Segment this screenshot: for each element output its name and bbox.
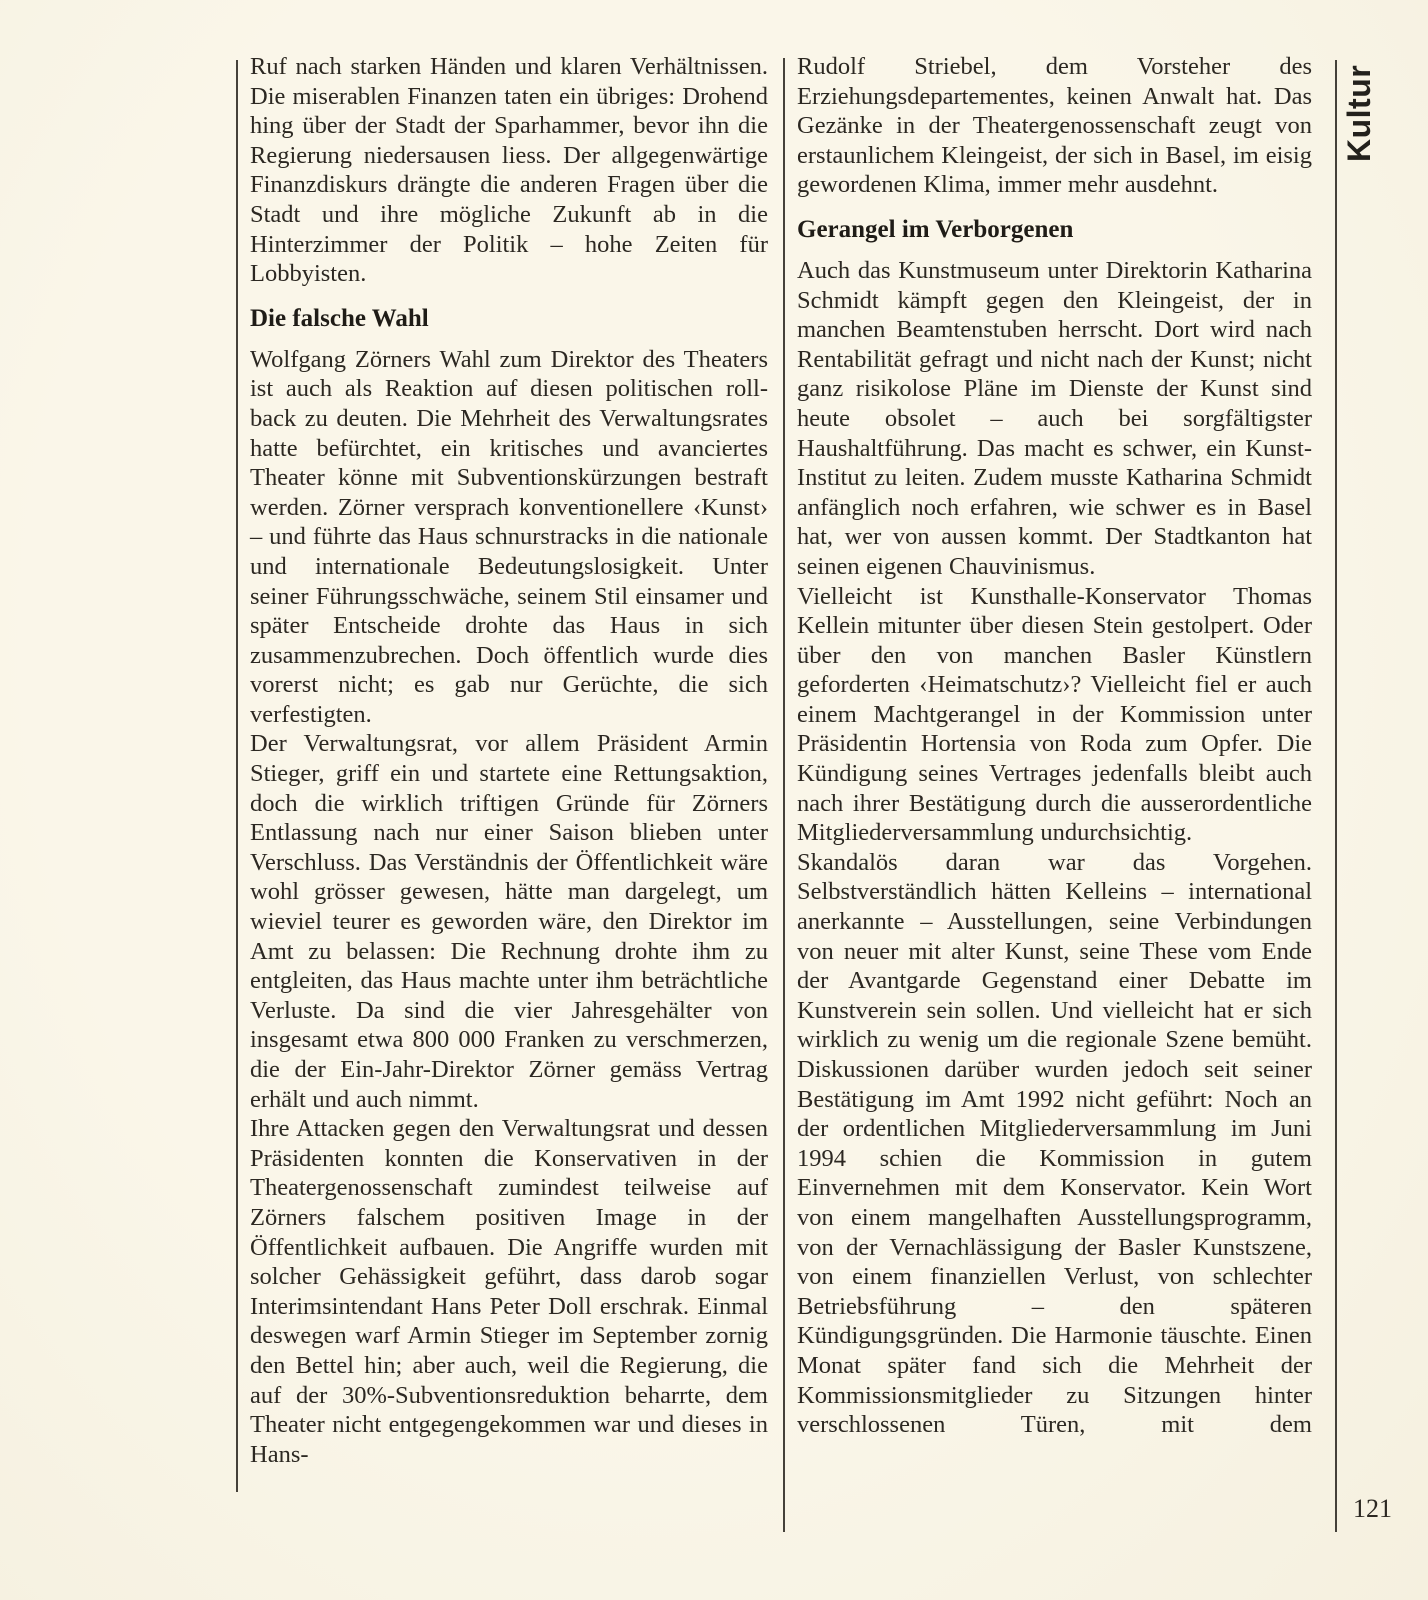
paragraph: Der Verwaltungsrat, vor allem Präsident … xyxy=(250,729,768,1114)
page-number: 121 xyxy=(1353,1494,1392,1524)
paragraph: Vielleicht ist Kunsthalle-Konservator Th… xyxy=(797,582,1312,848)
section-margin-label: Kultur xyxy=(1341,65,1378,162)
section-heading: Die falsche Wahl xyxy=(250,304,768,334)
text-column-right: Rudolf Striebel, dem Vorsteher des Erzie… xyxy=(797,52,1312,1440)
paragraph: Wolfgang Zörners Wahl zum Direktor des T… xyxy=(250,345,768,730)
column-rule-middle xyxy=(783,58,785,1532)
paragraph: Rudolf Striebel, dem Vorsteher des Erzie… xyxy=(797,52,1312,200)
paragraph: Ruf nach starken Händen und klaren Verhä… xyxy=(250,52,768,289)
paragraph: Auch das Kunstmuseum unter Direktorin Ka… xyxy=(797,256,1312,582)
column-rule-left xyxy=(236,60,238,1492)
paragraph: Ihre Attacken gegen den Verwaltungsrat u… xyxy=(250,1114,768,1469)
paragraph: Skandalös daran war das Vorgehen. Selbst… xyxy=(797,848,1312,1440)
margin-rule-right xyxy=(1335,60,1337,1532)
text-column-left: Ruf nach starken Händen und klaren Verhä… xyxy=(250,52,768,1469)
section-heading: Gerangel im Verborgenen xyxy=(797,215,1312,245)
scanned-journal-page: Ruf nach starken Händen und klaren Verhä… xyxy=(0,0,1428,1600)
